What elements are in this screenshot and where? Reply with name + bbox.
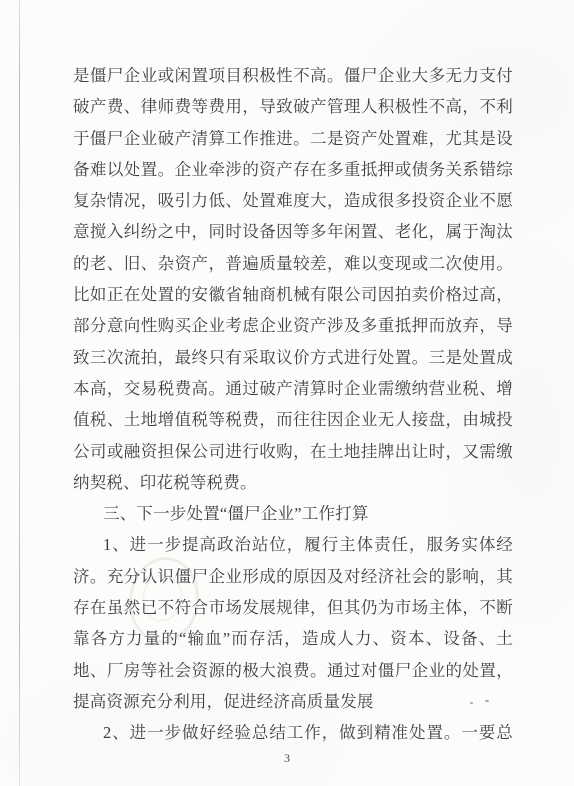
text-line: 提高资源充分利用，促进经济高质量发展	[73, 686, 513, 717]
text-line: 于僵尸企业破产清算工作推进。二是资产处置难，尤其是设	[73, 123, 513, 154]
text-line: 纳契税、印花税等税费。	[73, 467, 513, 498]
text-line: 2、进一步做好经验总结工作，做到精准处置。一要总	[73, 717, 513, 748]
text-line: 是僵尸企业或闲置项目积极性不高。僵尸企业大多无力支付	[73, 60, 513, 91]
scanned-document-page: 是僵尸企业或闲置项目积极性不高。僵尸企业大多无力支付破产费、律师费等费用，导致破…	[0, 0, 574, 786]
text-line: 致三次流拍，最终只有采取议价方式进行处置。三是处置成	[73, 342, 513, 373]
text-line: 意搅入纠纷之中，同时设备因等多年闲置、老化，属于淘汰	[73, 216, 513, 247]
text-line: 公司或融资担保公司进行收购，在土地挂牌出让时，又需缴	[73, 436, 513, 467]
text-line: 存在虽然已不符合市场发展规律，但其仍为市场主体，不断	[73, 592, 513, 623]
page-number: 3	[279, 751, 295, 766]
text-line: 济。充分认识僵尸企业形成的原因及对经济社会的影响，其	[73, 561, 513, 592]
text-line: 1、进一步提高政治站位，履行主体责任，服务实体经	[73, 529, 513, 560]
text-line: 部分意向性购买企业考虑企业资产涉及多重抵押而放弃，导	[73, 310, 513, 341]
text-line: 备难以处置。企业牵涉的资产存在多重抵押或债务关系错综	[73, 154, 513, 185]
text-line: 值税、土地增值税等税费，而往往因企业无人接盘，由城投	[73, 404, 513, 435]
text-line: 三、下一步处置“僵尸企业”工作打算	[73, 498, 513, 529]
text-line: 复杂情况，吸引力低、处置难度大，造成很多投资企业不愿	[73, 185, 513, 216]
text-line: 地、厂房等社会资源的极大浪费。通过对僵尸企业的处置，	[73, 655, 513, 686]
text-line: 靠各方力量的“输血”而存活，造成人力、资本、设备、土	[73, 623, 513, 654]
text-line: 本高，交易税费高。通过破产清算时企业需缴纳营业税、增	[73, 373, 513, 404]
text-line: 破产费、律师费等费用，导致破产管理人积极性不高，不利	[73, 91, 513, 122]
scan-edge-line	[19, 0, 20, 786]
text-line: 比如正在处置的安徽省轴商机械有限公司因拍卖价格过高，	[73, 279, 513, 310]
document-body: 是僵尸企业或闲置项目积极性不高。僵尸企业大多无力支付破产费、律师费等费用，导致破…	[73, 60, 513, 749]
text-line: 的老、旧、杂资产，普遍质量较差，难以变现或二次使用。	[73, 248, 513, 279]
